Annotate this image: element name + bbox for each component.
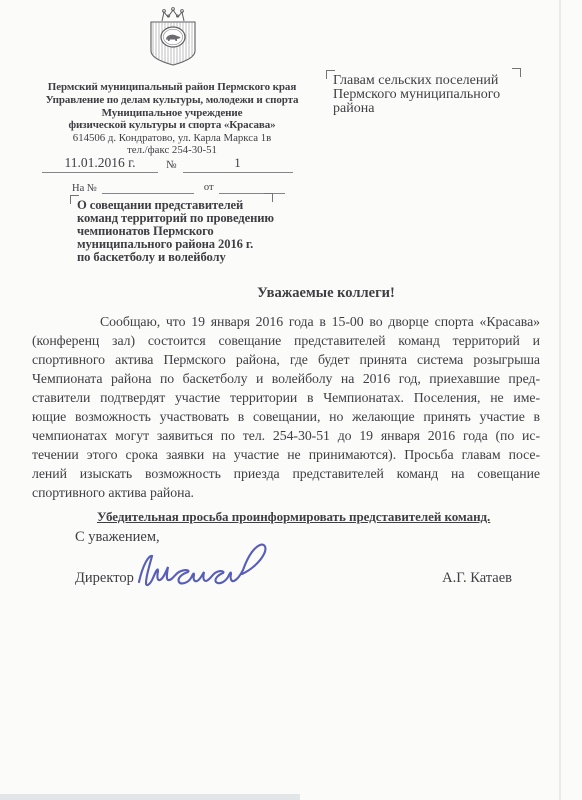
- addressee-line: Пермского муниципального: [333, 88, 523, 102]
- coat-of-arms-icon: [147, 5, 201, 72]
- emphasis-line: Убедительная просьба проинформировать пр…: [97, 509, 490, 525]
- subject-line: чемпионатов Пермского: [77, 225, 282, 238]
- org-address-line: 614506 д. Кондратово, ул. Карла Маркса 1…: [20, 132, 324, 144]
- body-line: ставители подтвердят участие территории …: [32, 388, 540, 407]
- body-line: Сообщаю, что 19 января 2016 года в 15-00…: [32, 312, 540, 331]
- signature-row: Директор А.Г. Катаев: [75, 570, 512, 587]
- body-line: течении этого срока заявки на участие не…: [32, 445, 540, 464]
- addressee-line: района: [333, 102, 523, 116]
- body-line: чемпионатах могут заявиться по тел. 254-…: [32, 426, 540, 445]
- body-line: спортивного актива района.: [32, 483, 540, 502]
- body-line: лений изыскать возможность приезда предс…: [32, 464, 540, 483]
- signatory-name: А.Г. Катаев: [442, 570, 512, 587]
- greeting: Уважаемые коллеги!: [100, 285, 552, 302]
- subject-line: по баскетболу и волейболу: [77, 251, 282, 264]
- scan-bottom-artifact: [0, 794, 300, 800]
- org-name-line: Муниципальное учреждение: [20, 107, 324, 120]
- org-name-line: Управление по делам культуры, молодежи и…: [20, 94, 324, 107]
- scan-edge-artifact: [559, 0, 561, 800]
- position-title: Директор: [75, 570, 134, 587]
- number-sign-label: №: [166, 159, 177, 173]
- body-line: ющие возможность участвовать в совещании…: [32, 407, 540, 426]
- reply-reference-row: На № от: [72, 180, 285, 194]
- body-line: Чемпионата района по баскетболу и волейб…: [32, 369, 540, 388]
- org-name-line: Пермский муниципальный район Пермского к…: [20, 81, 324, 94]
- addressee-line: Главам сельских поселений: [333, 74, 523, 88]
- org-name-line: физической культуры и спорта «Красава»: [20, 119, 324, 132]
- subject-line: муниципального района 2016 г.: [77, 238, 282, 251]
- number-field: 1: [183, 155, 293, 173]
- reply-date-field: [219, 180, 285, 194]
- subject-line: О совещании представителей: [77, 199, 282, 212]
- body-line: спортивного актива Пермского района, где…: [32, 350, 540, 369]
- subject-block: О совещании представителей команд террит…: [77, 199, 282, 264]
- addressee-block: Главам сельских поселений Пермского муни…: [333, 74, 523, 117]
- reply-number-field: [102, 180, 194, 194]
- body-paragraph: Сообщаю, что 19 января 2016 года в 15-00…: [32, 312, 540, 502]
- reference-row: 11.01.2016 г. № 1: [42, 155, 293, 173]
- subject-line: команд территорий по проведению: [77, 212, 282, 225]
- reply-number-label: На №: [72, 183, 97, 194]
- letterhead-block: Пермский муниципальный район Пермского к…: [20, 81, 324, 157]
- scanned-letter-page: Пермский муниципальный район Пермского к…: [0, 0, 582, 800]
- body-line: (конференц зал) состоится совещание пред…: [32, 331, 540, 350]
- reply-from-label: от: [204, 182, 214, 194]
- date-field: 11.01.2016 г.: [42, 155, 158, 173]
